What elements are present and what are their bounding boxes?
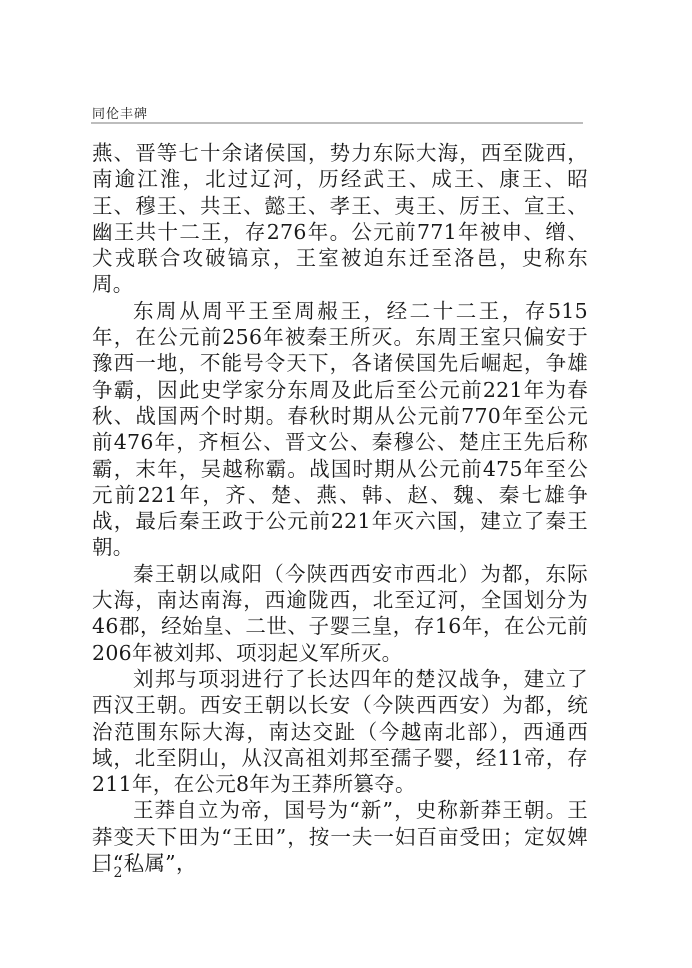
- paragraph-1: 燕、晋等七十余诸侯国，势力东际大海，西至陇西，南逾江淮，北过辽河，历经武王、成王…: [92, 140, 588, 298]
- header-divider: [91, 122, 583, 124]
- paragraph-3: 秦王朝以咸阳（今陕西西安市西北）为都，东际大海，南达南海，西逾陇西，北至辽河，全…: [92, 561, 588, 666]
- paragraph-2: 东周从周平王至周赧王，经二十二王，存515年，在公元前256年被秦王所灭。东周王…: [92, 298, 588, 561]
- paragraph-4: 刘邦与项羽进行了长达四年的楚汉战争，建立了西汉王朝。西安王朝以长安（今陕西西安）…: [92, 666, 588, 797]
- running-header-title: 同伦丰碑: [92, 103, 148, 122]
- page-number: － 2 －: [91, 862, 147, 882]
- body-text: 燕、晋等七十余诸侯国，势力东际大海，西至陇西，南逾江淮，北过辽河，历经武王、成王…: [92, 140, 588, 876]
- paragraph-5: 王莽自立为帝，国号为“新”，史称新莽王朝。王莽变天下田为“王田”，按一夫一妇百亩…: [92, 797, 588, 876]
